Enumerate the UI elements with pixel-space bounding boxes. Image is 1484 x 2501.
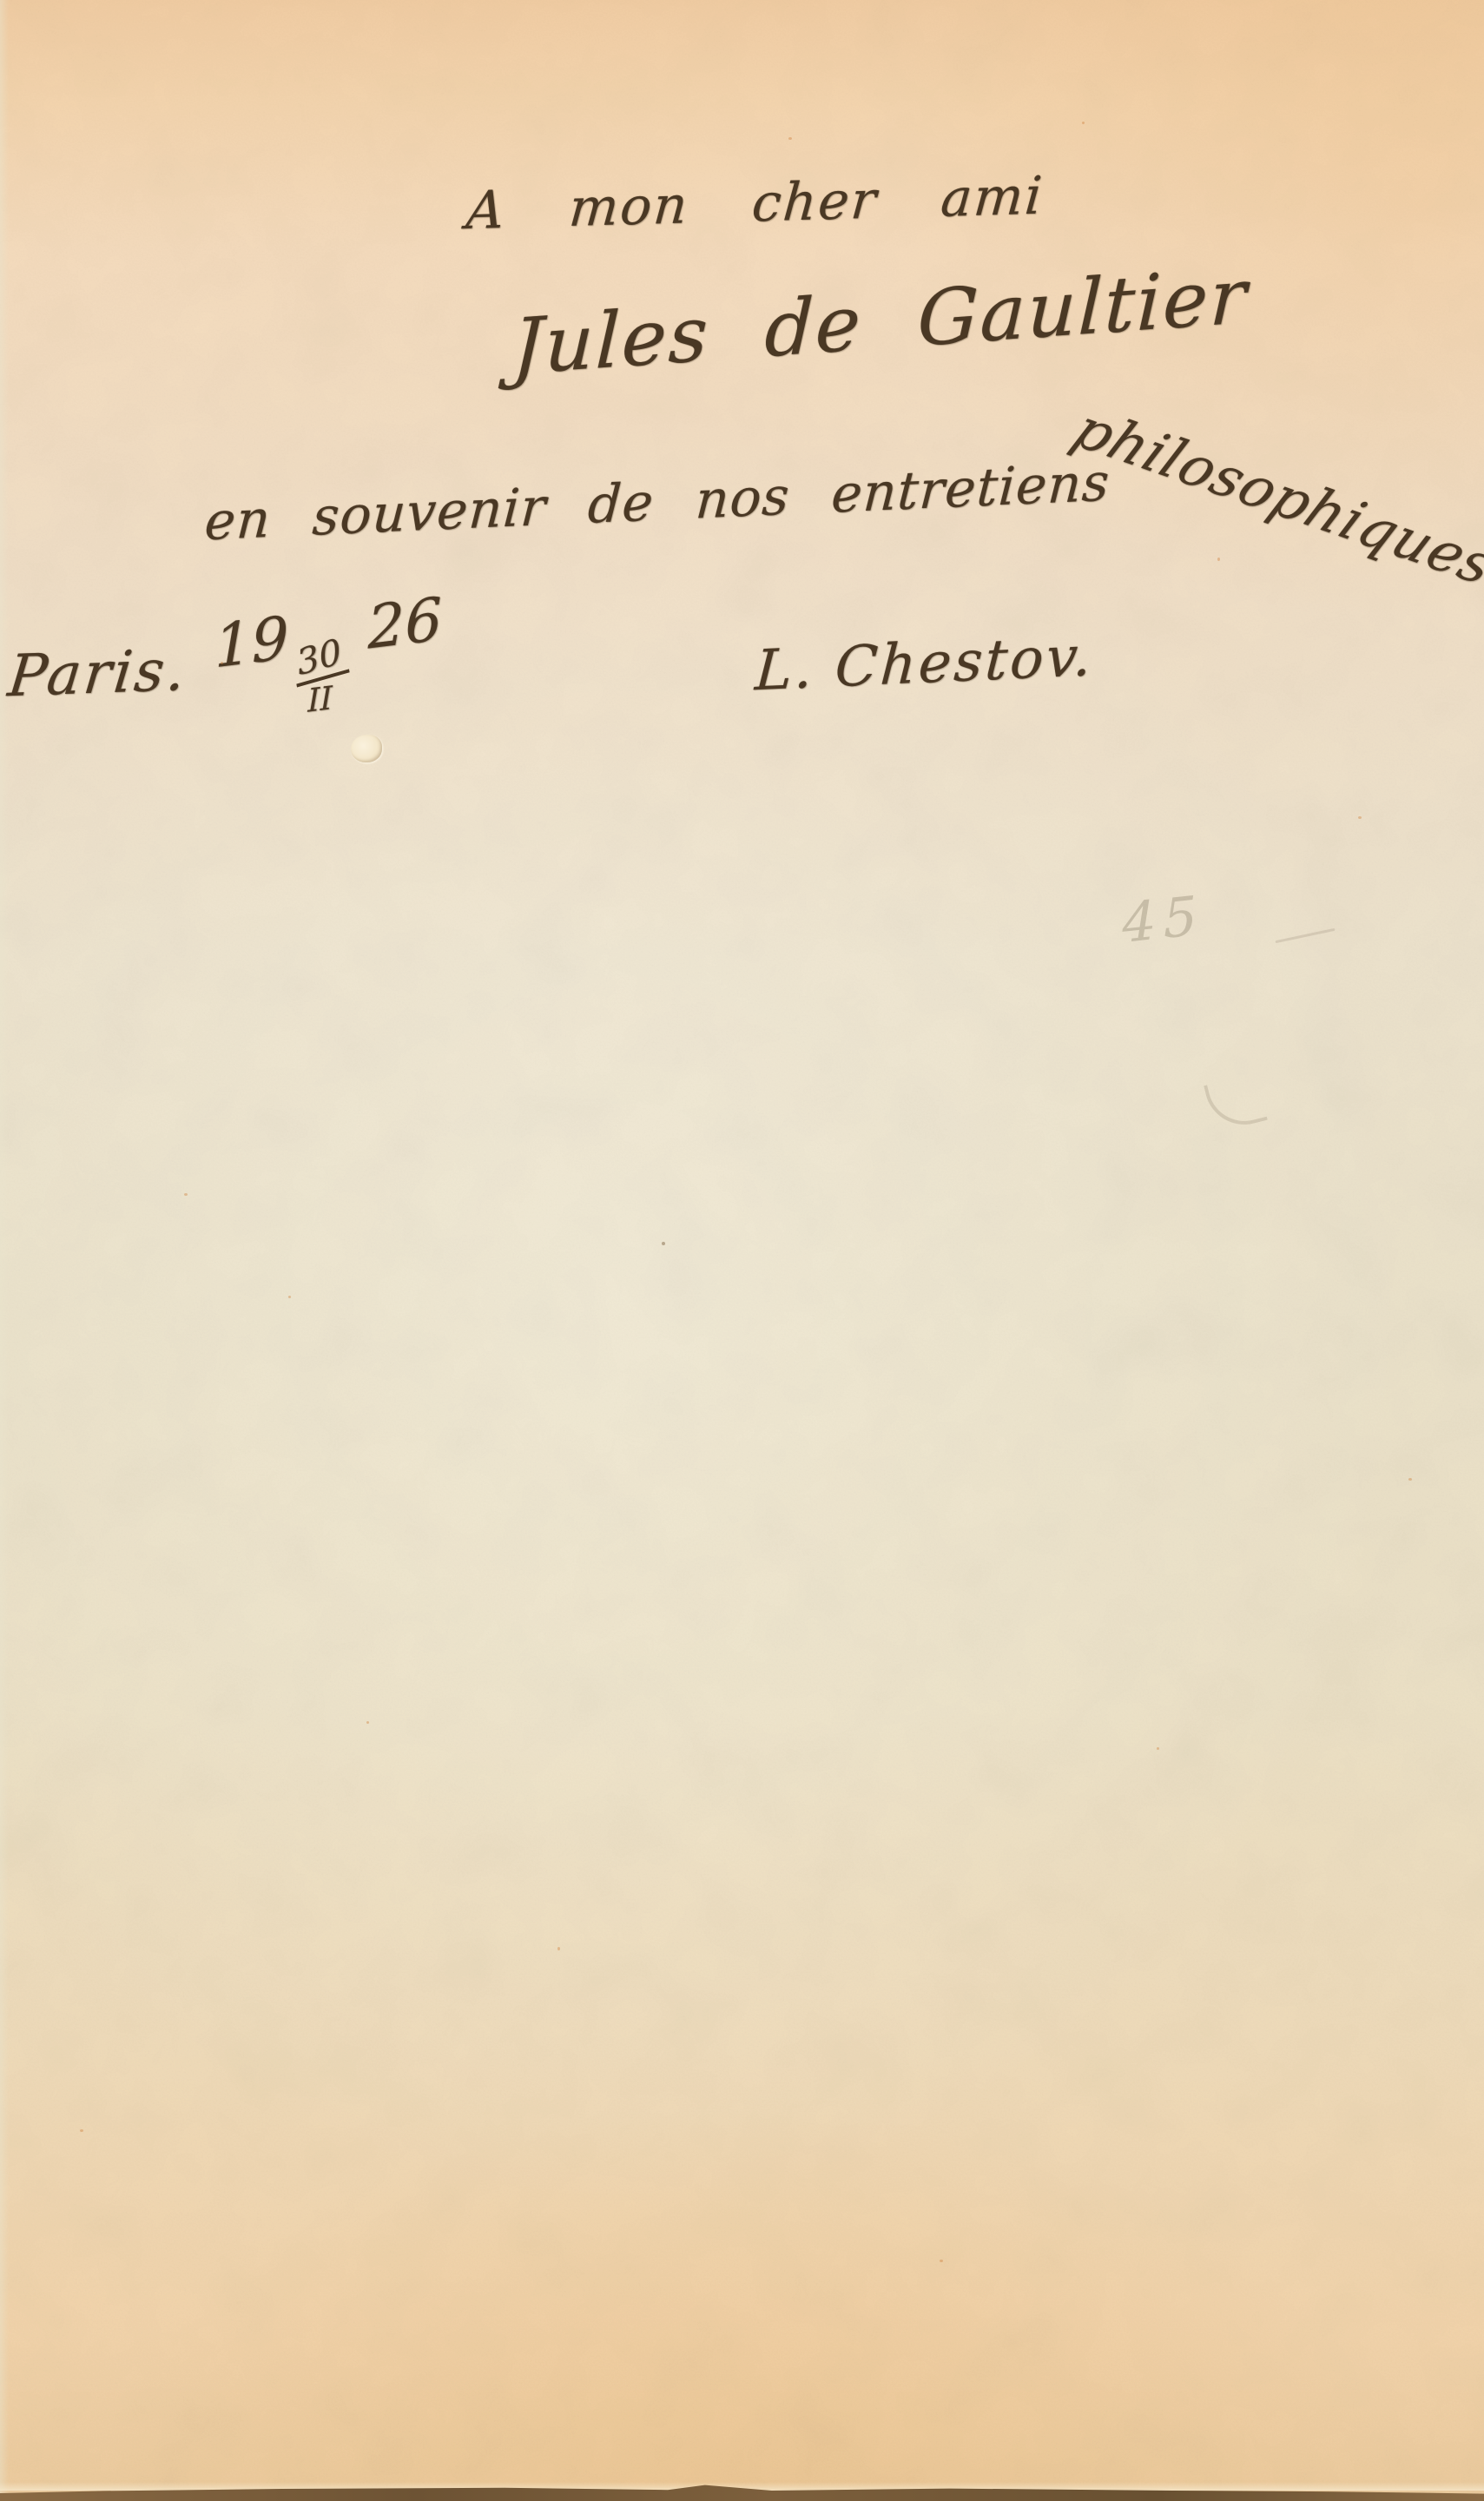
paper-fleck — [366, 1721, 369, 1724]
paper-fleck — [557, 1947, 560, 1950]
inscription-salutation: A mon cher ami — [464, 166, 1045, 242]
date-century: 19 — [214, 604, 289, 682]
paper-fleck — [662, 1242, 665, 1245]
date-month: II — [307, 679, 333, 717]
paper-fleck — [1358, 816, 1362, 819]
date-day: 30 — [290, 633, 349, 688]
paper-fleck — [1082, 122, 1085, 124]
page-left-edge — [0, 0, 9, 2501]
inscription-dedication-line: en souvenir de nos entretiens — [203, 452, 1111, 553]
inscription-signature: L. Chestov. — [753, 624, 1095, 703]
inscription-date: 1930II 26 — [214, 585, 444, 729]
paper-fleck — [940, 2260, 943, 2262]
paper-fleck — [288, 1296, 291, 1298]
inscription-place: Paris. — [5, 637, 191, 710]
paper-fleck — [1157, 1747, 1159, 1750]
pencil-annotation-number: 45 — [1121, 883, 1205, 955]
pencil-squiggle-mark — [1204, 1072, 1268, 1132]
paper-fleck — [221, 662, 223, 664]
pencil-dash-mark — [1275, 928, 1335, 943]
date-day-month-fraction: 30II — [293, 637, 347, 720]
book-flyleaf-photo: A mon cher ami Jules de Gaultier en souv… — [0, 0, 1484, 2501]
paper-fleck — [1217, 558, 1220, 561]
paper-fleck — [788, 137, 792, 140]
inscription-dedication-word-philosophiques: philosophiques — [1063, 398, 1484, 597]
inscription-recipient-name: Jules de Gaultier — [511, 251, 1249, 393]
paper-fleck — [184, 1193, 188, 1196]
paper-fleck — [1408, 1478, 1412, 1481]
paper-fleck — [80, 2129, 83, 2132]
date-year: 26 — [367, 585, 443, 663]
paper-flaw-spot — [351, 735, 382, 762]
